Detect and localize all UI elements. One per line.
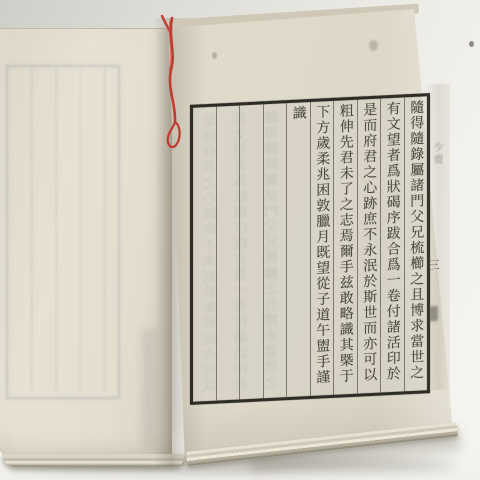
- fold-ink-smudge: [429, 306, 438, 321]
- text-column-6-signature: 識: [286, 102, 310, 397]
- fold-title-faint: 少齋: [429, 142, 444, 167]
- empty-column: [263, 103, 287, 398]
- paper-stain: [369, 40, 378, 51]
- paper-speck: [212, 52, 217, 59]
- column-text: 粗伸先君未了之志焉爾手兹敢略識其槩于: [335, 100, 356, 395]
- backdrop-speck: [469, 41, 474, 47]
- fold-margin: 少齋 三: [424, 83, 450, 390]
- photo-antique-book: 識 下方歲柔兆困敦臘月既望從子道午盥手謹 粗伸先君未了之志焉爾手兹敢略識其槩于 …: [0, 0, 480, 480]
- empty-column: [239, 104, 263, 399]
- page-number: 三: [428, 256, 440, 274]
- column-text: 識: [288, 102, 309, 397]
- text-column-4: 粗伸先君未了之志焉爾手兹敢略識其槩于: [333, 100, 357, 395]
- woodblock-text-frame: 識 下方歲柔兆困敦臘月既望從子道午盥手謹 粗伸先君未了之志焉爾手兹敢略識其槩于 …: [190, 93, 430, 405]
- red-binding-thread: [142, 12, 202, 172]
- column-text: 下方歲柔兆困敦臘月既望從子道午盥手謹: [311, 101, 332, 396]
- showthrough-column-rules: [8, 69, 114, 391]
- column-text: 有文望者爲狀碣序跋合爲一卷付諸活印於: [382, 97, 403, 392]
- text-column-3: 是而府君之心跡庶不永泯於斯世而亦可以: [357, 99, 381, 394]
- text-column-2: 有文望者爲狀碣序跋合爲一卷付諸活印於: [380, 97, 404, 392]
- column-text: 是而府君之心跡庶不永泯於斯世而亦可以: [358, 99, 379, 394]
- text-column-5: 下方歲柔兆困敦臘月既望從子道午盥手謹: [310, 101, 334, 396]
- empty-column: [216, 105, 240, 400]
